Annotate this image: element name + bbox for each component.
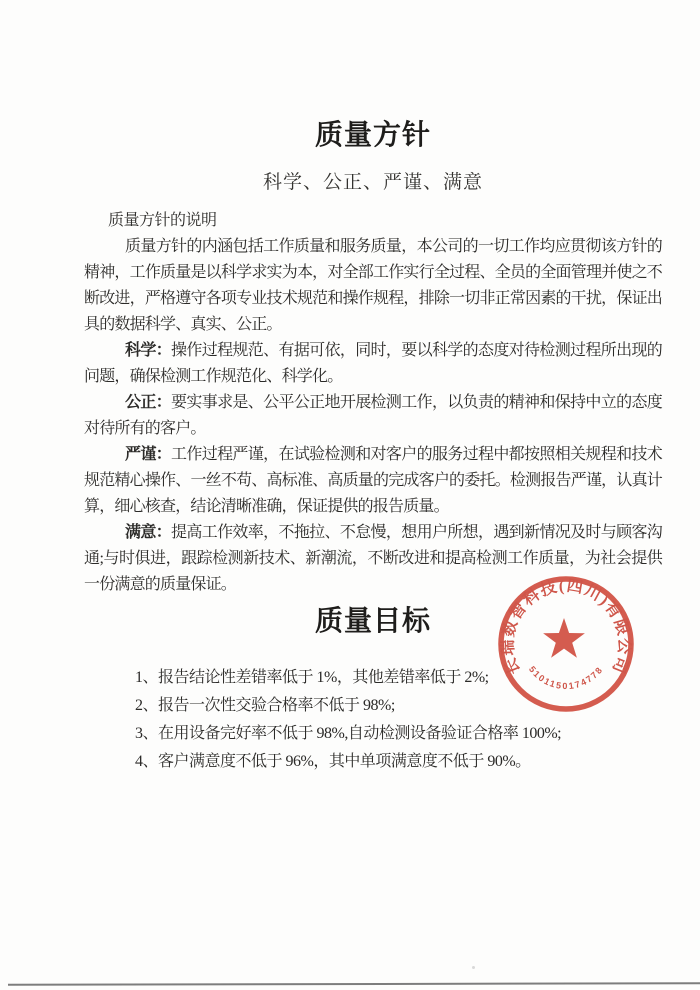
policy-paragraph-rigor: 严谨：工作过程严谨，在试验检测和对客户的服务过程中都按照相关规程和技术规范精心操… bbox=[84, 442, 662, 520]
star-icon bbox=[543, 618, 585, 658]
paragraph-text: 要实事求是、公平公正地开展检测工作，以负责的精神和保持中立的态度对待所有的客户。 bbox=[84, 394, 662, 437]
paragraph-text: 质量方针的内涵包括工作质量和服务质量，本公司的一切工作均应贯彻该方针的精神，工作… bbox=[84, 238, 662, 333]
scan-speck bbox=[472, 966, 475, 969]
policy-paragraph-fairness: 公正：要实事求是、公平公正地开展检测工作，以负责的精神和保持中立的态度对待所有的… bbox=[84, 390, 662, 442]
company-seal-stamp: 长瑞数智科技(四川)有限公司 5101150174778 bbox=[494, 572, 638, 716]
goal-item: 4、客户满意度不低于 96%，其中单项满意度不低于 90%。 bbox=[135, 748, 662, 776]
goal-item: 3、在用设备完好率不低于 98%,自动检测设备验证合格率 100%; bbox=[135, 720, 662, 748]
paragraph-lead: 公正： bbox=[125, 394, 171, 411]
seal-registration-number: 5101150174778 bbox=[527, 664, 605, 691]
paragraph-text: 操作过程规范、有据可依，同时，要以科学的态度对待检测过程所出现的问题，确保检测工… bbox=[84, 342, 662, 385]
paragraph-lead: 科学： bbox=[125, 342, 171, 359]
paragraph-text: 工作过程严谨，在试验检测和对客户的服务过程中都按照相关规程和技术规范精心操作、一… bbox=[84, 446, 662, 515]
paragraph-lead: 满意： bbox=[125, 524, 171, 541]
page-subtitle: 科学、公正、严谨、满意 bbox=[84, 168, 662, 198]
paragraph-lead: 严谨： bbox=[125, 446, 171, 463]
policy-paragraph-overview: 质量方针的内涵包括工作质量和服务质量，本公司的一切工作均应贯彻该方针的精神，工作… bbox=[84, 234, 662, 338]
policy-paragraph-science: 科学：操作过程规范、有据可依，同时，要以科学的态度对待检测过程所出现的问题，确保… bbox=[84, 338, 662, 390]
page-title: 质量方针 bbox=[84, 0, 662, 156]
document-page: 质量方针 科学、公正、严谨、满意 质量方针的说明 质量方针的内涵包括工作质量和服… bbox=[0, 0, 700, 990]
intro-label: 质量方针的说明 bbox=[84, 208, 662, 234]
scan-page-edge-line bbox=[8, 982, 700, 985]
